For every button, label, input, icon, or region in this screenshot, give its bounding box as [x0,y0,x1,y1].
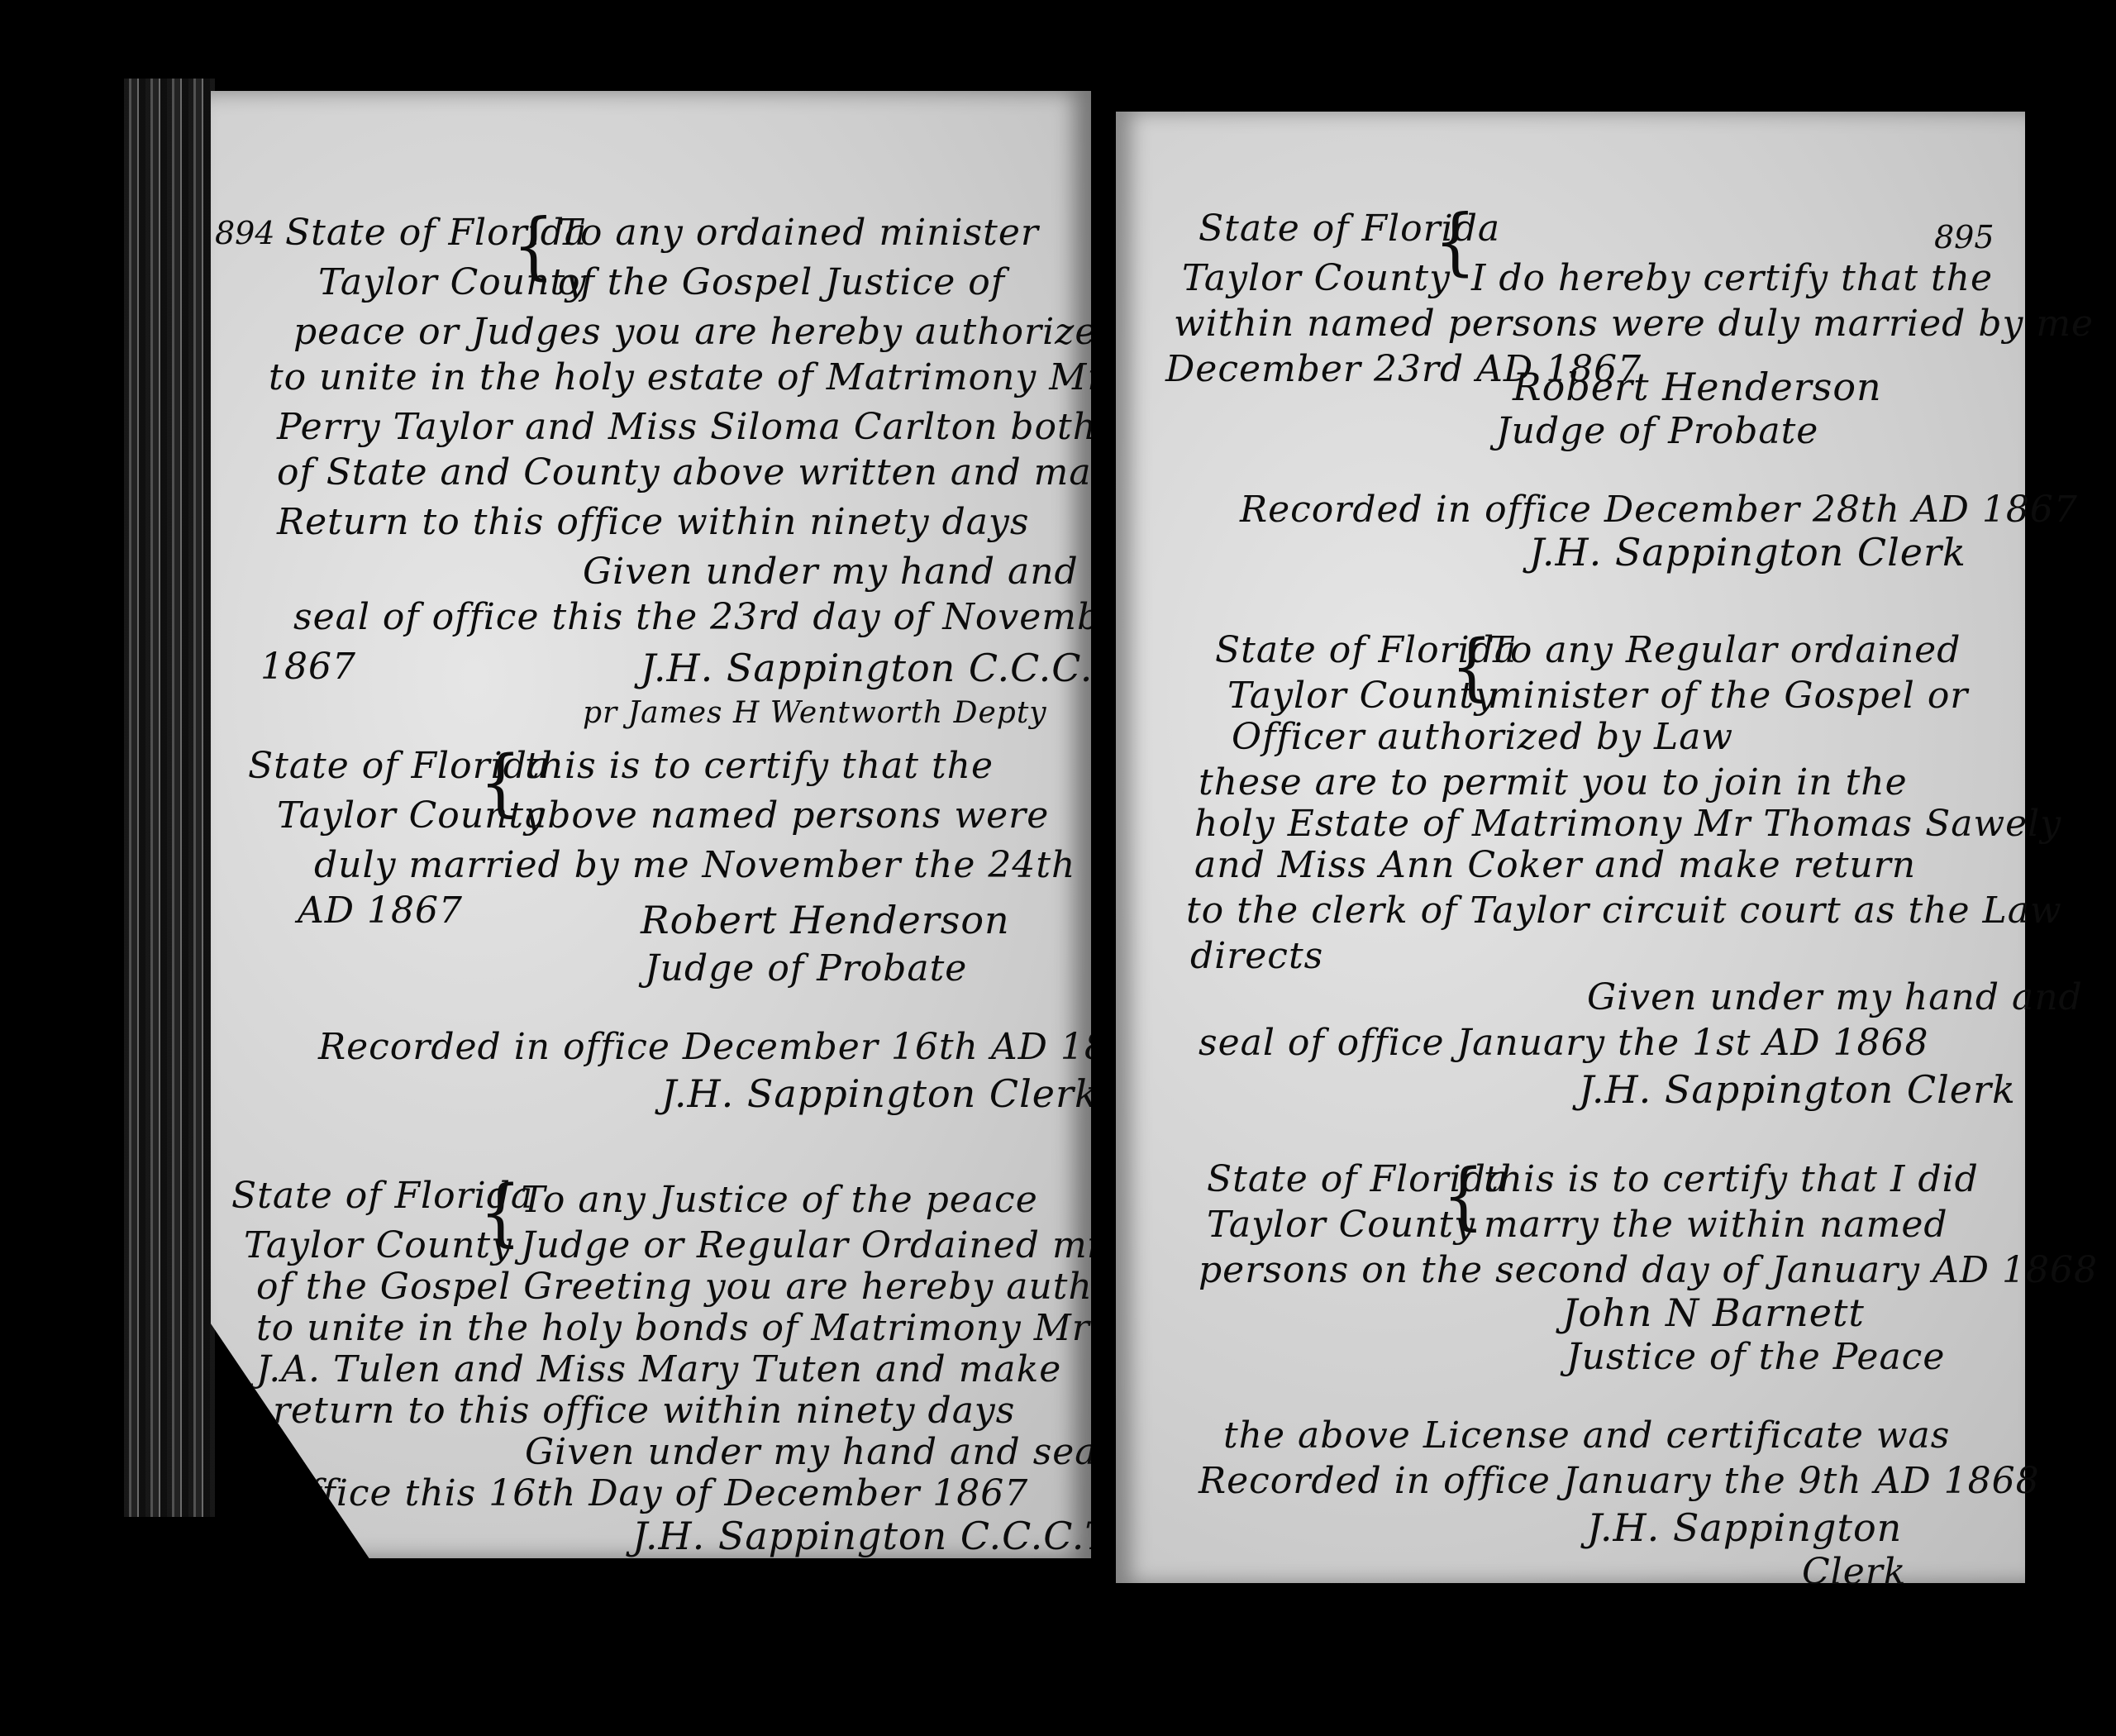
text-line: To any ordained minister [558,215,1039,251]
text-line: within named persons were duly married b… [1174,306,2094,342]
text-line: of the Gospel Justice of [558,265,1005,301]
text-line: To any Justice of the peace [521,1182,1038,1219]
text-line: I do hereby certify that the [1471,260,1993,297]
signature: Robert Henderson [1513,368,1882,406]
signature: J.H. Sappington C.C.C.T.C. [632,1517,1160,1555]
text-line: Given under my hand and [1587,980,2083,1016]
text-line: Judge or Regular Ordained minister [521,1228,1212,1264]
text-line: marry the within named [1484,1207,1948,1243]
book-binding [124,79,215,1517]
text-line: Return to this office within ninety days [277,504,1029,541]
heading-county: Taylor County [244,1228,512,1264]
signature: Robert Henderson [641,901,1010,939]
signature-sub: pr James H Wentworth Depty [583,699,1047,728]
text-line: to unite in the holy bonds of Matrimony … [256,1310,1090,1347]
page-number: 894 [215,215,275,251]
signature: J.H. Sappington Clerk [1579,1071,2016,1109]
text-line: the above License and certificate was [1223,1418,1950,1454]
text-line: To any Regular ordained [1488,632,1961,669]
text-line: return to this office within ninety days [273,1393,1015,1429]
text-line: of State and County above written and ma… [277,455,1137,491]
text-line: persons on the second day of January AD … [1199,1252,2098,1289]
text-line: above named persons were [525,798,1049,834]
text-line: Officer authorized by Law [1232,719,1733,756]
text-line: seal of office January the 1st AD 1868 [1199,1025,1928,1061]
text-line: Given under my hand and seal [525,1434,1110,1471]
signature: J.H. Sappington C.C.C.T.C. [641,649,1168,687]
text-line: this is to certify that the [525,748,994,785]
text-line: this is to certify that I did [1484,1161,1979,1198]
text-line: and Miss Ann Coker and make return [1194,847,1916,884]
signature-sub: pr J.H. Wentworth Depty [562,1558,952,1588]
right-page: 895 State of Florida { Taylor County I d… [1116,112,2025,1583]
text-line: duly married by me November the 24th [314,847,1075,884]
text-line: seal of office this the 23rd day of Nove… [293,599,1141,636]
heading-county: Taylor County [1182,260,1451,297]
signature: John N Barnett [1562,1294,1865,1332]
text-line: of the Gospel Greeting you are hereby au… [256,1269,1213,1305]
signature: J.H. Sappington [1587,1509,1902,1547]
signature-title: Clerk [1802,1554,1906,1591]
text-line: Perry Taylor and Miss Siloma Carlton bot… [277,409,1097,446]
left-page: 894 State of Florida { To any ordained m… [211,91,1091,1558]
text-line: to unite in the holy estate of Matrimony… [269,360,1105,396]
text-line: Given under my hand and [583,554,1079,590]
signature: J.H. Sappington Clerk [1529,533,1966,571]
signature-title: Justice of the Peace [1566,1339,1945,1376]
heading-county: Taylor County [1207,1207,1475,1243]
text-line: of office this 16th Day of December 1867 [236,1476,1028,1512]
text-line: holy Estate of Matrimony Mr Thomas Sawel… [1194,806,2061,842]
text-line: to the clerk of Taylor circuit court as … [1186,893,2062,929]
text-line: these are to permit you to join in the [1199,765,1908,801]
text-line: Recorded in office January the 9th AD 18… [1199,1463,2040,1500]
text-line: Recorded in office December 16th AD 1867 [318,1029,1156,1066]
heading-county: Taylor County [318,265,587,301]
text-line: 1867 [260,649,356,685]
text-line: J.A. Tulen and Miss Mary Tuten and make [256,1352,1061,1388]
signature: J.H. Sappington Clerk [661,1075,1099,1113]
text-line: Recorded in office December 28th AD 1867 [1240,492,2078,528]
heading-county: Taylor County [277,798,546,834]
signature-title: Judge of Probate [645,951,967,987]
text-line: AD 1867 [298,893,463,929]
page-number: 895 [1934,219,1994,255]
text-line: directs [1190,938,1323,975]
heading-county: Taylor County [1227,678,1496,714]
text-line: minister of the Gospel or [1488,678,1968,714]
text-line: peace or Judges you are hereby authorize… [293,314,1122,351]
signature-title: Judge of Probate [1496,413,1818,450]
